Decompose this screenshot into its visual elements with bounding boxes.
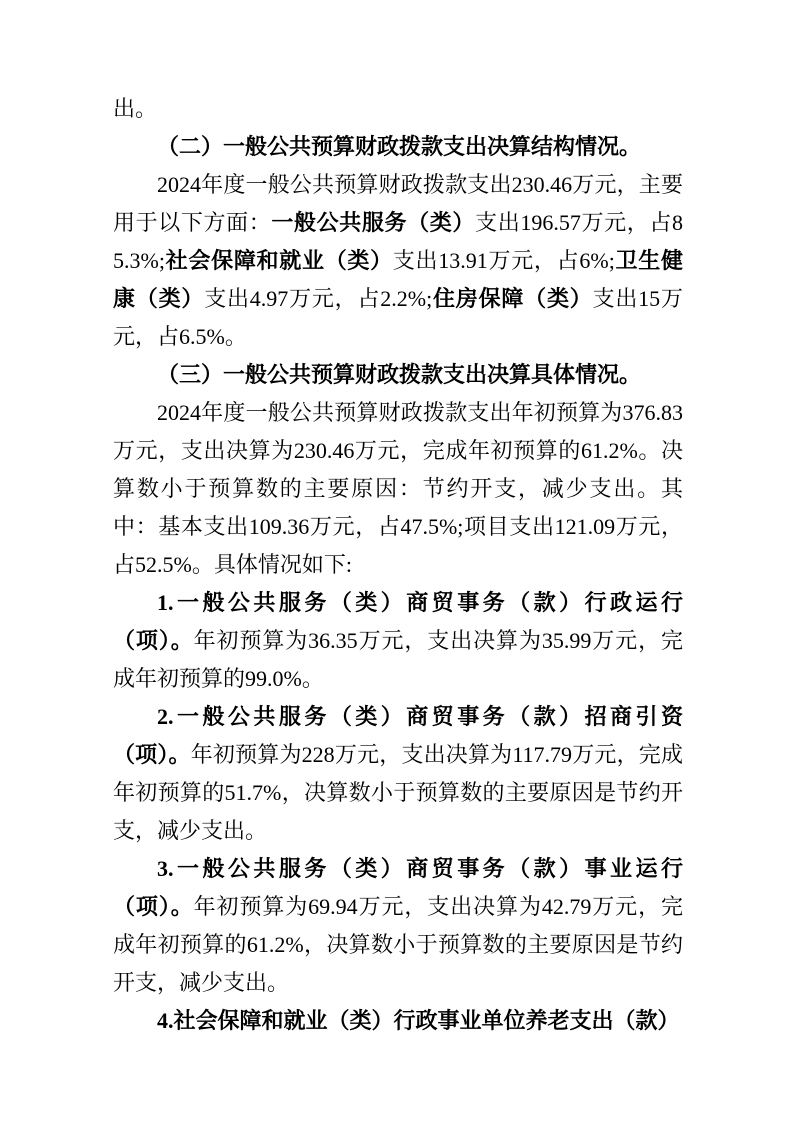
paragraph-item-1: 1.一般公共服务（类）商贸事务（款）行政运行（项）。年初预算为36.35万元，支…: [113, 584, 683, 698]
document-page: 出。（二）一般公共预算财政拨款支出决算结构情况。2024年度一般公共预算财政拨款…: [0, 0, 793, 1122]
text-run: 年初预算为69.94万元，支出决算为42.79万元，完成年初预算的61.2%，决…: [113, 894, 683, 995]
paragraph-detail-overview: 2024年度一般公共预算财政拨款支出年初预算为376.83万元，支出决算为230…: [113, 394, 683, 584]
text-run: 年初预算为36.35万元，支出决算为35.99万元，完成年初预算的99.0%。: [113, 628, 683, 691]
paragraph-structure-overview: 2024年度一般公共预算财政拨款支出230.46万元，主要用于以下方面：一般公共…: [113, 166, 683, 356]
document-content: 出。（二）一般公共预算财政拨款支出决算结构情况。2024年度一般公共预算财政拨款…: [113, 90, 683, 1040]
paragraph-item-3: 3.一般公共服务（类）商贸事务（款）事业运行（项）。年初预算为69.94万元，支…: [113, 850, 683, 1002]
text-run: 2024年度一般公共预算财政拨款支出年初预算为376.83万元，支出决算为230…: [113, 400, 683, 577]
text-run: 支出4.97万元，占2.2%;: [204, 286, 432, 311]
bold-text-run: 住房保障（类）: [432, 286, 592, 311]
text-run: 出。: [113, 96, 157, 121]
paragraph-item-2: 2.一般公共服务（类）商贸事务（款）招商引资（项）。年初预算为228万元，支出决…: [113, 698, 683, 850]
bold-text-run: 社会保障和就业（类）: [165, 248, 393, 273]
heading-section-2: （二）一般公共预算财政拨款支出决算结构情况。: [113, 128, 683, 166]
paragraph-item-4: 4.社会保障和就业（类）行政事业单位养老支出（款）: [113, 1002, 683, 1040]
bold-text-run: 4.社会保障和就业（类）行政事业单位养老支出（款）: [157, 1008, 680, 1033]
bold-text-run: （二）一般公共预算财政拨款支出决算结构情况。: [157, 134, 641, 159]
bold-text-run: （三）一般公共预算财政拨款支出决算具体情况。: [157, 362, 641, 387]
bold-text-run: 一般公共服务（类）: [271, 210, 475, 235]
text-run: 年初预算为228万元，支出决算为117.79万元，完成年初预算的51.7%，决算…: [113, 742, 683, 843]
paragraph-continuation: 出。: [113, 90, 683, 128]
heading-section-3: （三）一般公共预算财政拨款支出决算具体情况。: [113, 356, 683, 394]
text-run: 支出13.91万元，占6%;: [393, 248, 615, 273]
